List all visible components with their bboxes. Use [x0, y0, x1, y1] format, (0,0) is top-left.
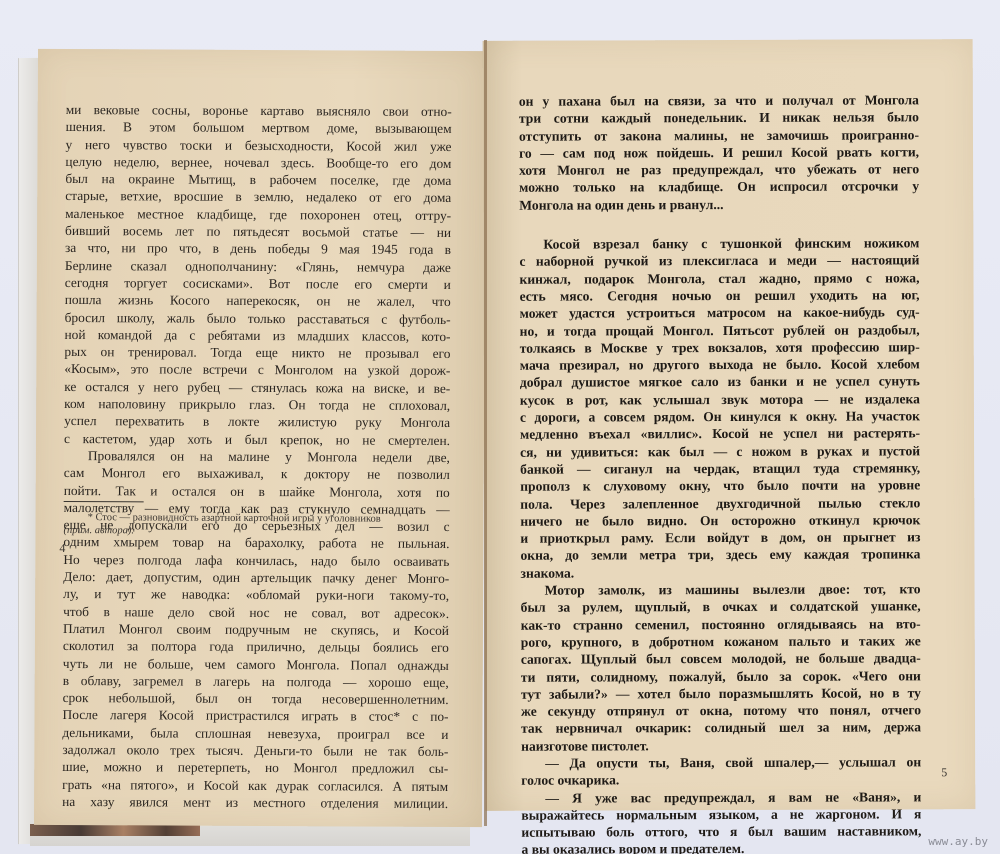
text-line: так нервничал очкарик: солидный шел за н…	[521, 719, 921, 738]
text-line: «Косым», это после встречи с Монголом на…	[64, 360, 450, 379]
text-line: ся, ни удивиться: как был — с ножом в ру…	[520, 442, 920, 461]
text-line: ничего не было видно. Он осторожно откин…	[520, 511, 920, 530]
paragraph-3: Мотор замолк, из машины вылезли двое: то…	[521, 580, 922, 754]
text-line: может удастся устроиться матросом на как…	[520, 304, 920, 323]
text-line: пола. Через залепленное двухгодичной пыл…	[520, 494, 920, 513]
text-line: ке остался у него рубец — стянулась кожа…	[64, 378, 450, 397]
text-line: на хазу явился мент из местного отделени…	[62, 793, 448, 812]
text-line: шения. В этом большом мертвом доме, вызы…	[66, 118, 452, 137]
text-line: кинжал, подарок Монгола, стал жадно, пря…	[519, 269, 919, 288]
text-line: сам Монгол его выхаживал, к доктору не п…	[64, 464, 450, 483]
text-line: сегодня торгует сосисками». Вот после ег…	[65, 274, 451, 293]
paragraph-1: он у пахана был на связи, за что и получ…	[519, 91, 919, 213]
text-line: сколотил за полтора года прилично, дельц…	[63, 637, 449, 656]
right-page-text: он у пахана был на связи, за что и получ…	[519, 91, 922, 854]
text-line: срок небольшой, был он тогда несовершенн…	[63, 689, 449, 708]
paragraph-4: — Да опусти ты, Ваня, свой шпалер,— услы…	[521, 753, 921, 789]
text-line: наизготове пистолет.	[521, 736, 921, 755]
text-line: ми вековые сосны, воронье картаво выясня…	[66, 101, 452, 120]
text-line: у него чувство тоски и безысходности, Ко…	[65, 136, 451, 155]
text-line: го — сам под нож пойдешь. И решил Косой …	[519, 143, 919, 162]
text-line: — Я уже вас предупреждал, я вам не «Ваня…	[521, 788, 921, 807]
text-line: пойти. Так и остался он в шайке Монгола,…	[64, 482, 450, 501]
text-line: бросил школу, жаль было только расстават…	[65, 309, 451, 328]
left-page-text: ми вековые сосны, воронье картаво выясня…	[62, 101, 452, 812]
text-line: чтоб в наше дело свой нос не совал, вот …	[63, 603, 449, 622]
left-page: ми вековые сосны, воронье картаво выясня…	[34, 49, 486, 827]
text-line: Платил Монгол своим подручным не скупясь…	[63, 620, 449, 639]
text-line: Мотор замолк, из машины вылезли двое: то…	[521, 580, 921, 599]
text-line: с дороги, а совсем рядом. Он кинулся к о…	[520, 407, 920, 426]
text-line: чуть ли не больше, чем самого Монгола. П…	[63, 654, 449, 673]
text-line: грать «на пятого», и Косой как дурак сог…	[62, 776, 448, 795]
text-line: с кастетом, удар хоть и был крепок, но н…	[64, 430, 450, 449]
text-line: как-то странно семенил, постоянно огляды…	[521, 615, 921, 634]
text-line: окна, до земли метра три, здесь ему кажд…	[520, 546, 920, 565]
text-line: шие, можно и перетерпеть, но Монгол пред…	[62, 758, 448, 777]
text-line: Провалялся он на малине у Монгола недели…	[64, 447, 450, 466]
text-line: Монгола на один день и рванул...	[519, 195, 919, 214]
text-line: лу, и тут же наводка: «обломай руки-ноги…	[63, 585, 449, 604]
text-line: мача презирал, но другого выхода не было…	[520, 355, 920, 374]
text-line: три сотни каждый понедельник. И никак не…	[519, 109, 919, 128]
text-line: можно только на кладбище. Он испросил от…	[519, 178, 919, 197]
text-line: а вы оказались вором и предателем.	[521, 840, 921, 854]
text-line: отступить от закона малины, не замочишь …	[519, 126, 919, 145]
text-line: но, и тогда прощай Монгол. Пятьсот рубле…	[520, 321, 920, 340]
text-line: ти пяти, солидному, пожалуй, было за сор…	[521, 667, 921, 686]
text-line: и приоткрыл раму. Если войдут в дом, он …	[520, 528, 920, 547]
text-line: есть мясо. Сегодня ночью он решил уходит…	[520, 286, 920, 305]
text-line: Берлине сказал однополчанину: «Глянь, не…	[65, 257, 451, 276]
text-line: сапогах. Щуплый был совсем молодой, не б…	[521, 650, 921, 669]
text-line: маленькое местное кладбище, где похороне…	[65, 205, 451, 224]
text-line: же секунду отпрянул от окна, потому что …	[521, 701, 921, 720]
text-line: кусок в рот, как услышал звук мотора — н…	[520, 390, 920, 409]
text-line: с наборной ручкой из плексигласа и меди …	[519, 252, 919, 271]
text-line: Дело: дает, допустим, один артельщик пач…	[63, 568, 449, 587]
text-line: старые, ветхие, вросшие в землю, недалек…	[65, 187, 451, 206]
text-line: Косой взрезал банку с тушонкой финским н…	[519, 234, 919, 253]
text-line: целую неделю, вернее, ночевал здесь. Воо…	[65, 153, 451, 172]
text-line: рого, крупного, в добротном кожаном паль…	[521, 632, 921, 651]
text-line: ком наполовину прикрыло глаз. Он тогда н…	[64, 395, 450, 414]
text-line: он у пахана был на связи, за что и получ…	[519, 91, 919, 110]
text-line: задолжал около трех тысяч. Деньги-то был…	[62, 741, 448, 760]
cover-art-strip	[30, 824, 200, 836]
right-page: он у пахана был на связи, за что и получ…	[483, 39, 976, 811]
text-line: за что, ни про что, в день победы 9 мая …	[65, 239, 451, 258]
text-line: выражайтесь нормальным языком, а не жарг…	[521, 805, 921, 824]
text-line: толкаясь в Москве у трех вокзалов, хотя …	[520, 338, 920, 357]
text-line: знакома.	[520, 563, 920, 582]
text-line: хотя Монгол не раз предупреждал, что убе…	[519, 161, 919, 180]
page-number-right: 5	[941, 765, 947, 780]
text-line: голос очкарика.	[521, 771, 921, 790]
paragraph-5: — Я уже вас предупреждал, я вам не «Ваня…	[521, 788, 921, 854]
text-line: добрал душистое мягкое сало из банки и н…	[520, 373, 920, 392]
paragraph-1: ми вековые сосны, воронье картаво выясня…	[64, 101, 452, 449]
text-line: был за рулем, щуплый, в очках и солдатск…	[521, 598, 921, 617]
text-line: пошла жизнь Косого наперекосяк, он не жа…	[65, 291, 451, 310]
paragraph-2: Косой взрезал банку с тушонкой финским н…	[519, 234, 920, 581]
text-line: тут забыли?» — хотел было поразмышлять К…	[521, 684, 921, 703]
text-line: в облаву, загремел в лагерь на полгода —…	[63, 672, 449, 691]
text-line: ной командой да с ребятами из младших кл…	[64, 326, 450, 345]
footnote-note: (прим. автора).	[63, 524, 449, 539]
book-gutter	[484, 40, 487, 826]
text-line: банкой — сиганул на чердак, втащил туда …	[520, 459, 920, 478]
text-line: успел перехватить в локте жилистую руку …	[64, 412, 450, 431]
text-line: испытываю боль оттого, что я был вашим н…	[521, 823, 921, 842]
text-line: медленно въехал «виллис». Косой не успел…	[520, 425, 920, 444]
text-line: дельниками, была сплошная невезуха, прои…	[62, 724, 448, 743]
text-line: бивший восемь лет по пятьдесят восьмой с…	[65, 222, 451, 241]
watermark: www.ay.by	[928, 835, 988, 848]
text-line: — Да опусти ты, Ваня, свой шпалер,— услы…	[521, 753, 921, 772]
text-line: После лагеря Косой пристрастился играть …	[63, 706, 449, 725]
text-line: Но через полгода лафа кончилась, надо бы…	[63, 551, 449, 570]
text-line: прополз к слуховому окну, что было почти…	[520, 477, 920, 496]
page-number-left: 4	[59, 541, 65, 556]
text-line: был на окраине Мытищ, в рабочем поселке,…	[65, 170, 451, 189]
text-line: рых он тренировал. Тогда еще никто не пр…	[64, 343, 450, 362]
footnote: * Стос — разновидность азартной карточно…	[63, 511, 449, 539]
